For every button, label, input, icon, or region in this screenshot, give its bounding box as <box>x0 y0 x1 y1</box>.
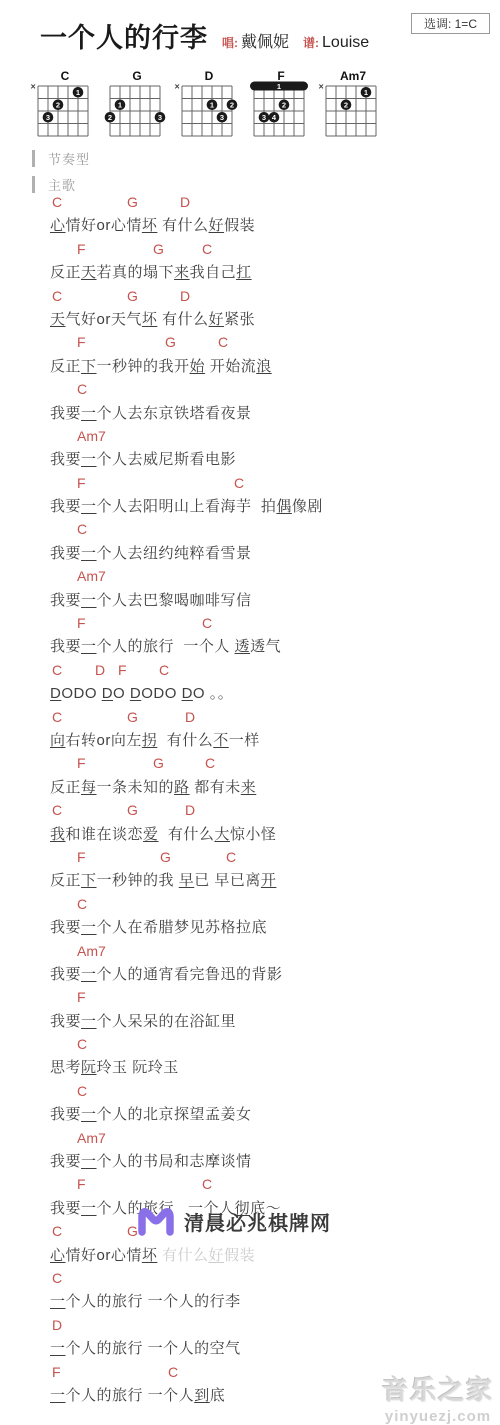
chord-line: Am7 <box>50 940 490 963</box>
lyric-segment: 情好or心情 <box>66 217 142 234</box>
watermark-bottom-title: 音乐之家 <box>382 1370 494 1407</box>
lyric-segment: 玲玉 阮玲玉 <box>97 1059 179 1076</box>
lyric-segment: 已 早已离 <box>194 872 261 889</box>
chord-line: FGC <box>50 846 490 869</box>
chord: C <box>77 521 87 537</box>
chord: C <box>52 802 62 818</box>
lyric-segment: 坏 <box>142 311 158 328</box>
chord-line: Am7 <box>50 1127 490 1150</box>
chord-line: CGD <box>50 799 490 822</box>
lyric-segment: 一 <box>81 966 97 983</box>
chord: F <box>118 662 127 678</box>
lyric-segment: 下 <box>81 358 97 375</box>
lyric-segment: O 。。 <box>193 685 233 702</box>
svg-text:3: 3 <box>158 113 162 122</box>
chord: D <box>185 802 195 818</box>
chord: Am7 <box>77 943 106 959</box>
chord-line: C <box>50 518 490 541</box>
lyric-line: 反正下一秒钟的我 早已 早已离开 <box>50 869 490 892</box>
chord-line: Am7 <box>50 565 490 588</box>
chord: G <box>160 849 171 865</box>
lyric-segment: 有什么 <box>157 311 208 328</box>
chord: G <box>153 755 164 771</box>
lyric-segment: 个人的通宵看完鲁迅的背影 <box>97 966 283 983</box>
lyric-segment: 天 <box>50 311 66 328</box>
chord: C <box>52 1223 62 1239</box>
chord-diagram-G: G123 <box>102 70 166 140</box>
chord: C <box>168 1364 178 1380</box>
lyric-line: 一个人的旅行 一个人的行李 <box>50 1290 490 1313</box>
lyric-segment: 右转or向左 <box>66 732 142 749</box>
lyric-line: 心情好or心情坏 有什么好假装 <box>50 1244 490 1267</box>
lyric-segment: ODO <box>61 685 101 702</box>
chord: C <box>205 755 215 771</box>
lyric-segment: 假装 <box>224 1247 255 1264</box>
lyric-segment: 个人的旅行 一个人 <box>66 1387 195 1404</box>
lyric-line: 我要一个人在希腊梦见苏格拉底 <box>50 916 490 939</box>
chord: Am7 <box>77 428 106 444</box>
chord: C <box>226 849 236 865</box>
chord: C <box>202 241 212 257</box>
chord: C <box>159 662 169 678</box>
lyric-segment: 爱 <box>143 826 159 843</box>
chord: D <box>180 194 190 210</box>
lyric-line: DODO DO DODO DO 。。 <box>50 682 490 705</box>
chord: C <box>52 1270 62 1286</box>
watermark-center: 清晨必兆棋牌网 <box>136 1205 331 1237</box>
lyric-line: 反正每一条未知的路 都有未来 <box>50 776 490 799</box>
lyric-segment: 和谁在谈恋 <box>66 826 144 843</box>
chord-diagram-D: D×123 <box>174 70 238 140</box>
lyric-segment: 有什么 <box>157 1247 208 1264</box>
lyric-segment: 一 <box>81 1153 97 1170</box>
lyric-segment: 一条未知的 <box>97 779 175 796</box>
chord-line: C <box>50 1080 490 1103</box>
lyric-segment: 心 <box>50 217 66 234</box>
lyric-segment: 我要 <box>50 592 81 609</box>
lyric-segment: 一 <box>81 498 97 515</box>
lyric-segment: 有什么 <box>159 826 215 843</box>
chord: C <box>234 475 244 491</box>
chord-line: FGC <box>50 331 490 354</box>
lyric-segment: 一 <box>50 1387 66 1404</box>
composer-label: 谱: <box>303 34 319 51</box>
lyric-segment: 情好or心情 <box>66 1247 142 1264</box>
lyric-segment: 个人呆呆的在浴缸里 <box>97 1013 237 1030</box>
lyric-segment: 个人的书局和志摩谈情 <box>97 1153 252 1170</box>
lyric-segment: 浪 <box>256 358 272 375</box>
svg-text:3: 3 <box>220 113 224 122</box>
lyric-line: 反正下一秒钟的我开始 开始流浪 <box>50 355 490 378</box>
chord: G <box>153 241 164 257</box>
lyric-segment: 反正 <box>50 872 81 889</box>
lyric-segment: 我要 <box>50 1013 81 1030</box>
chord: Am7 <box>77 568 106 584</box>
chord: C <box>52 662 62 678</box>
svg-text:G: G <box>132 70 141 83</box>
lyric-segment: 心 <box>50 1247 66 1264</box>
svg-text:D: D <box>205 70 214 83</box>
lyric-segment: 向 <box>50 732 66 749</box>
watermark-bottom-url: yinyuezj.com <box>382 1408 494 1425</box>
lyric-line: 我要一个人去东京铁塔看夜景 <box>50 402 490 425</box>
chord-line: F <box>50 986 490 1009</box>
lyric-line: 我要一个人去纽约纯粹看雪景 <box>50 542 490 565</box>
lyric-segment: D <box>130 685 141 702</box>
lyric-segment: D <box>182 685 193 702</box>
chord: C <box>77 381 87 397</box>
lyric-segment: 思考 <box>50 1059 81 1076</box>
lyric-segment: 个人的旅行 一个人的空气 <box>66 1340 241 1357</box>
section-bar-icon <box>32 150 35 167</box>
chord-line: FC <box>50 472 490 495</box>
chord: D <box>95 662 105 678</box>
svg-text:1: 1 <box>118 100 122 109</box>
lyric-segment: 我要 <box>50 498 81 515</box>
lyric-segment: 坏 <box>142 217 158 234</box>
lyric-segment: 一 <box>81 1200 97 1217</box>
lyric-segment: 像剧 <box>292 498 323 515</box>
lyric-segment: 一 <box>81 919 97 936</box>
svg-text:×: × <box>31 82 36 92</box>
lyric-segment: 有什么 <box>157 217 208 234</box>
watermark-logo-icon <box>136 1205 176 1237</box>
lyric-segment: 反正 <box>50 779 81 796</box>
lyric-segment: 天 <box>81 264 97 281</box>
chord: F <box>77 849 86 865</box>
lyric-segment: 惊小怪 <box>230 826 277 843</box>
chord: G <box>165 334 176 350</box>
lyric-segment: 个人去巴黎喝咖啡写信 <box>97 592 252 609</box>
lyric-segment: 我要 <box>50 451 81 468</box>
chord: F <box>77 755 86 771</box>
lyric-segment: 一秒钟的我 <box>97 872 179 889</box>
lyric-segment: 我要 <box>50 919 81 936</box>
lyric-segment: 透 <box>235 638 251 655</box>
svg-text:×: × <box>175 82 180 92</box>
lyric-segment: 个人去威尼斯看电影 <box>97 451 237 468</box>
lyric-segment: 早 <box>179 872 195 889</box>
chord: C <box>77 1036 87 1052</box>
lyric-segment: 个人的旅行 一个人的行李 <box>66 1293 241 1310</box>
lyric-segment: 一 <box>50 1340 66 1357</box>
lyric-segment: 我要 <box>50 1200 81 1217</box>
lyric-segment: 若真的塌下 <box>97 264 175 281</box>
lyric-segment: 一样 <box>229 732 260 749</box>
lyric-segment: 一秒钟的我开 <box>97 358 190 375</box>
svg-text:C: C <box>61 70 70 83</box>
chord: G <box>127 288 138 304</box>
lyric-segment: 好 <box>209 1247 225 1264</box>
lyric-segment: 下 <box>81 872 97 889</box>
chord-line: FGC <box>50 238 490 261</box>
song-header: 一个人的行李 唱: 戴佩妮 谱: Louise <box>40 16 369 55</box>
chord-line: C <box>50 893 490 916</box>
chord: F <box>77 615 86 631</box>
chord: C <box>218 334 228 350</box>
lyric-segment: 拐 <box>142 732 158 749</box>
chord-diagram-Am7: Am7×12 <box>318 70 382 140</box>
lyric-line: 反正天若真的塌下来我自己扛 <box>50 261 490 284</box>
chord-diagram-F: F1234 <box>246 70 310 140</box>
svg-text:1: 1 <box>76 88 80 97</box>
lyric-line: 天气好or天气坏 有什么好紧张 <box>50 308 490 331</box>
svg-text:3: 3 <box>262 113 266 122</box>
chord: F <box>77 241 86 257</box>
chord-line: FGC <box>50 752 490 775</box>
chord: F <box>77 989 86 1005</box>
svg-text:1: 1 <box>277 82 281 91</box>
lyric-line: 我要一个人的旅行 一个人 透透气 <box>50 635 490 658</box>
chord: G <box>127 709 138 725</box>
lyric-segment: 来 <box>174 264 190 281</box>
lyric-segment: 好 <box>209 311 225 328</box>
svg-text:×: × <box>319 82 324 92</box>
lyric-segment: 扛 <box>236 264 252 281</box>
lyric-segment: 坏 <box>142 1247 158 1264</box>
chord: C <box>52 194 62 210</box>
lyric-segment: 我要 <box>50 1106 81 1123</box>
singer-label: 唱: <box>222 34 238 51</box>
lyric-segment: 个人去东京铁塔看夜景 <box>97 405 252 422</box>
lyric-segment: 一 <box>81 1106 97 1123</box>
section-label-rhythm: 节奏型 <box>32 149 90 168</box>
lyric-segment: 都有未 <box>190 779 241 796</box>
chord: G <box>127 802 138 818</box>
chord-line: CGD <box>50 706 490 729</box>
svg-text:1: 1 <box>210 100 214 109</box>
lyric-line: 我要一个人的书局和志摩谈情 <box>50 1150 490 1173</box>
lyric-line: 心情好or心情坏 有什么好假装 <box>50 214 490 237</box>
key-selector[interactable]: 选调: 1=C <box>411 13 490 34</box>
lyric-line: 我要一个人呆呆的在浴缸里 <box>50 1010 490 1033</box>
chord: C <box>202 1176 212 1192</box>
svg-text:2: 2 <box>282 100 286 109</box>
lyric-segment: D <box>102 685 113 702</box>
lyric-segment: 反正 <box>50 358 81 375</box>
lyric-segment: 假装 <box>224 217 255 234</box>
lyric-segment: 好 <box>209 217 225 234</box>
lyric-segment: 我 <box>50 826 66 843</box>
lyric-segment: 紧张 <box>224 311 255 328</box>
chord-line: FC <box>50 1173 490 1196</box>
chord-diagrams: C×123G123D×123F1234Am7×12 <box>30 70 382 140</box>
lyric-segment: 个人的旅行 一个人 <box>97 638 235 655</box>
lyric-line: 向右转or向左拐 有什么不一样 <box>50 729 490 752</box>
chord-line: FC <box>50 612 490 635</box>
svg-text:2: 2 <box>56 100 60 109</box>
svg-text:Am7: Am7 <box>340 70 366 83</box>
section-label-text: 节奏型 <box>48 149 90 168</box>
chord-line: Am7 <box>50 425 490 448</box>
chord: D <box>52 1317 62 1333</box>
lyric-segment: 到 <box>194 1387 210 1404</box>
watermark-bottom: 音乐之家 yinyuezj.com <box>382 1370 494 1425</box>
lyric-segment: 个人去纽约纯粹看雪景 <box>97 545 252 562</box>
svg-text:3: 3 <box>46 113 50 122</box>
singer-name: 戴佩妮 <box>241 29 289 52</box>
lyric-line: 我要一个人去阳明山上看海芋 拍偶像剧 <box>50 495 490 518</box>
chord-sheet-page: 一个人的行李 唱: 戴佩妮 谱: Louise 选调: 1=C C×123G12… <box>0 0 500 1425</box>
lyric-segment: 始 <box>190 358 206 375</box>
lyric-segment: 开始流 <box>205 358 256 375</box>
lyric-segment: 偶 <box>276 498 292 515</box>
lyric-segment: 一 <box>81 545 97 562</box>
chord-line: D <box>50 1314 490 1337</box>
page-title: 一个人的行李 <box>40 16 208 55</box>
lyric-segment: 我要 <box>50 966 81 983</box>
composer-name: Louise <box>322 34 369 52</box>
chord-line: C <box>50 378 490 401</box>
lyric-segment: 个人的北京探望孟姜女 <box>97 1106 252 1123</box>
chord: F <box>52 1364 61 1380</box>
lyric-line: 我要一个人去巴黎喝咖啡写信 <box>50 589 490 612</box>
chord-line: C <box>50 1267 490 1290</box>
chord-line: CGD <box>50 191 490 214</box>
lyric-segment: 透气 <box>250 638 281 655</box>
lyric-line: 我要一个人去威尼斯看电影 <box>50 448 490 471</box>
section-bar-icon <box>32 176 35 193</box>
lyric-segment: 阮 <box>81 1059 97 1076</box>
lyric-segment: 底 <box>210 1387 226 1404</box>
lyric-segment: 我要 <box>50 1153 81 1170</box>
lyric-segment: 每 <box>81 779 97 796</box>
lyric-segment: 个人去阳明山上看海芋 拍 <box>97 498 277 515</box>
lyric-segment: 个人在希腊梦见苏格拉底 <box>97 919 268 936</box>
lyric-line: 我要一个人的通宵看完鲁迅的背影 <box>50 963 490 986</box>
chord: F <box>77 334 86 350</box>
lyric-segment: 有什么 <box>157 732 213 749</box>
lyric-segment: 一 <box>81 592 97 609</box>
lyric-segment: 一 <box>81 405 97 422</box>
chord: C <box>77 1083 87 1099</box>
lyric-segment: 一 <box>81 638 97 655</box>
lyric-line: 我要一个人的北京探望孟姜女 <box>50 1103 490 1126</box>
chord: D <box>185 709 195 725</box>
lyric-segment: 来 <box>241 779 257 796</box>
lyric-segment: 不 <box>213 732 229 749</box>
chord: D <box>180 288 190 304</box>
lyric-segment: ODO <box>141 685 181 702</box>
lyric-segment: 开 <box>261 872 277 889</box>
chord: G <box>127 194 138 210</box>
lyric-segment: 路 <box>174 779 190 796</box>
lyric-segment: O <box>113 685 130 702</box>
svg-text:1: 1 <box>364 88 368 97</box>
lyric-segment: 我要 <box>50 545 81 562</box>
chord-diagram-C: C×123 <box>30 70 94 140</box>
svg-text:2: 2 <box>108 113 112 122</box>
chord-line: C <box>50 1033 490 1056</box>
chord: F <box>77 475 86 491</box>
chord-line: CDFC <box>50 659 490 682</box>
chord: C <box>77 896 87 912</box>
svg-text:2: 2 <box>230 100 234 109</box>
lyric-segment: 一 <box>81 451 97 468</box>
chord: C <box>52 288 62 304</box>
lyric-segment: 一 <box>50 1293 66 1310</box>
chord: C <box>202 615 212 631</box>
lyric-segment: 大 <box>214 826 230 843</box>
svg-text:2: 2 <box>344 100 348 109</box>
lyric-segment: D <box>50 685 61 702</box>
watermark-center-text: 清晨必兆棋牌网 <box>184 1207 331 1236</box>
lyric-segment: 气好or天气 <box>66 311 142 328</box>
chord-line: CGD <box>50 285 490 308</box>
lyric-segment: 我要 <box>50 638 81 655</box>
lyric-line: 一个人的旅行 一个人的空气 <box>50 1337 490 1360</box>
lyric-segment: 反正 <box>50 264 81 281</box>
lyric-line: 我和谁在谈恋爱 有什么大惊小怪 <box>50 823 490 846</box>
chord: Am7 <box>77 1130 106 1146</box>
lyric-segment: 我要 <box>50 405 81 422</box>
chord: C <box>52 709 62 725</box>
lyric-segment: 我自己 <box>190 264 237 281</box>
lyric-segment: 一 <box>81 1013 97 1030</box>
lyric-line: 思考阮玲玉 阮玲玉 <box>50 1056 490 1079</box>
chord: F <box>77 1176 86 1192</box>
